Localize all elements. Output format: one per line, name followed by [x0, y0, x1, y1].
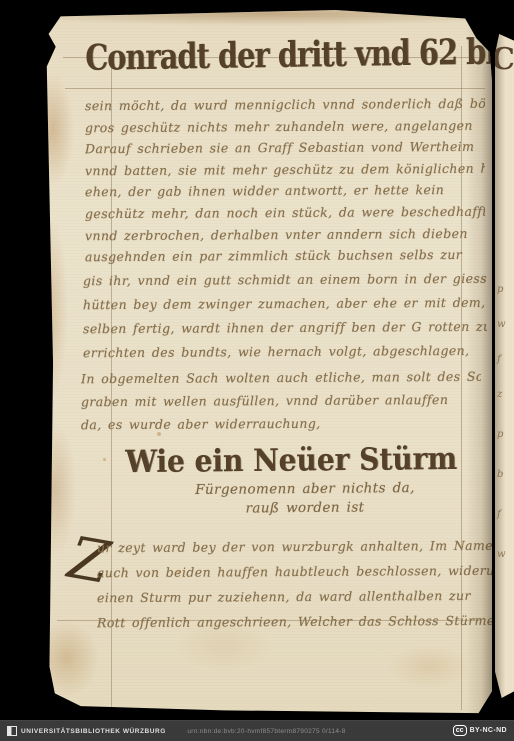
text-line: Fürgenomenn aber nichts da, [155, 479, 455, 501]
facing-page-heading-fragment: C [495, 42, 514, 77]
facing-page-text-fragment: b [497, 469, 503, 480]
digitized-manuscript-view: Conradt der dritt vnd 62 bischof sein mö… [0, 0, 514, 741]
text-line: geschütz mehr, dan noch ein stück, da we… [85, 201, 485, 225]
paragraph: ur zeyt ward bey der von wurzburgk anhal… [97, 534, 497, 634]
library-logo-icon [7, 726, 17, 736]
facing-page-text-fragment: w [497, 549, 506, 560]
text-line: vnnd zerbrochen, derhalben vnter anndern… [85, 222, 485, 246]
foxing-spot [177, 570, 180, 573]
facing-page-text-fragment: f [497, 354, 501, 365]
foxing-spot [157, 432, 161, 436]
paragraph: sein möcht, da wurd mennigclich vnnd son… [85, 94, 485, 267]
text-line: rauß worden ist [155, 498, 455, 520]
text-line: graben mit wellen ausfüllen, vnnd darübe… [81, 388, 481, 413]
text-line: errichten des bundts, wie hernach volgt,… [83, 339, 487, 365]
text-line: ur zeyt ward bey der von wurzburgk anhal… [97, 533, 497, 560]
facing-page-text-fragment: p [497, 284, 503, 295]
text-line: einen Sturm pur zuziehenn, da ward allen… [97, 583, 497, 610]
urn-identifier: urn:nbn:de:bvb:20-hvmf857bterm8790275 0/… [187, 728, 345, 735]
metadata-footer-bar: UNIVERSITÄTSBIBLIOTHEK WÜRZBURG urn:nbn:… [0, 720, 514, 741]
license-code: BY-NC-ND [470, 727, 507, 734]
creative-commons-icon: cc [453, 725, 467, 736]
foxing-spot [103, 458, 106, 461]
chapter-heading: Conradt der dritt vnd 62 bischof [85, 32, 469, 79]
text-line: In obgemelten Sach wolten auch etliche, … [81, 365, 481, 390]
section-heading: Wie ein Neüer Stürm [123, 440, 459, 480]
text-line: Darauf schrieben sie an Graff Sebastian … [85, 136, 485, 160]
facing-page-text-fragment: f [497, 509, 501, 520]
text-line: selben fertig, wardt ihnen der angriff b… [83, 315, 487, 341]
text-line: da, es wurde aber widerrauchung, [81, 411, 481, 436]
section-subheading: Fürgenomenn aber nichts da,rauß worden i… [155, 480, 455, 518]
library-branding: UNIVERSITÄTSBIBLIOTHEK WÜRZBURG [7, 726, 166, 736]
facing-page-text-fragment: z [497, 389, 502, 400]
text-line: sein möcht, da wurd mennigclich vnnd son… [85, 93, 485, 117]
text-line: gros geschütz nichts mehr zuhandeln were… [85, 114, 485, 138]
text-line: auch von beiden hauffen haubtleuch besch… [97, 558, 497, 585]
text-line: ehen, der gab ihnen widder antwortt, er … [85, 179, 485, 203]
text-line: gis ihr, vnnd ein gutt schmidt an einem … [83, 267, 487, 293]
manuscript-page: Conradt der dritt vnd 62 bischof sein mö… [45, 10, 492, 716]
license-badge: cc BY-NC-ND [453, 725, 507, 736]
library-name: UNIVERSITÄTSBIBLIOTHEK WÜRZBURG [21, 728, 166, 735]
text-line: hütten bey dem zwinger zumachen, aber eh… [83, 291, 487, 317]
text-line: ausgehnden ein par zimmlich stück buchse… [85, 244, 485, 268]
facing-page-edge: C p w f z p b f w [495, 34, 514, 698]
paragraph: gis ihr, vnnd ein gutt schmidt an einem … [83, 268, 487, 364]
facing-page-text-fragment: w [497, 319, 506, 330]
foxing-spot [351, 106, 354, 109]
text-line: vnnd batten, sie mit mehr geschütz zu de… [85, 158, 485, 182]
facing-page-text-fragment: p [497, 429, 503, 440]
ruled-line-under-heading [65, 88, 485, 89]
text-line: Rott offenlich angeschrieen, Welcher das… [97, 608, 497, 635]
paragraph: In obgemelten Sach wolten auch etliche, … [81, 366, 481, 435]
